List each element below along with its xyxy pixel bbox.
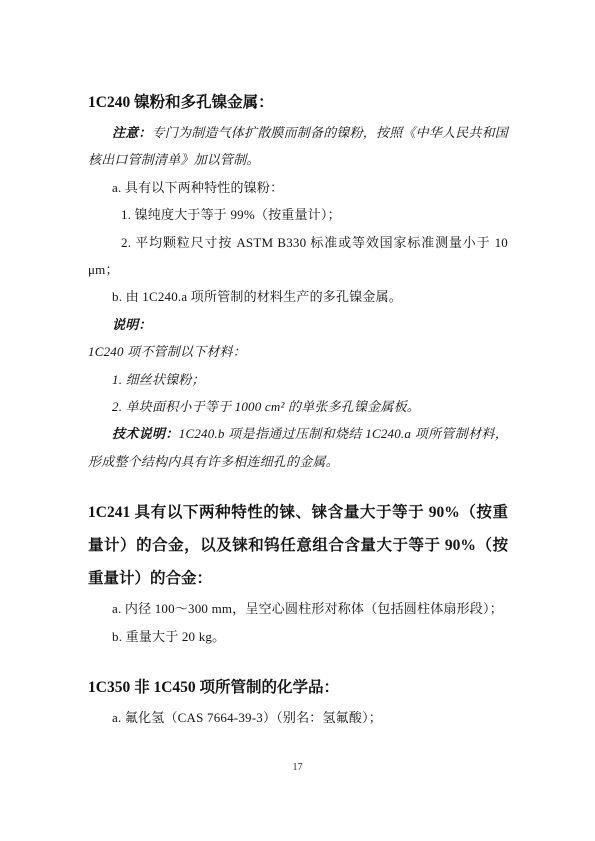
page-number: 17 [0, 762, 595, 773]
item-a1-1c240: 1. 镍纯度大于等于 99%（按重量计）； [88, 201, 508, 228]
item-a-1c350: a. 氟化氢（CAS 7664-39-3）（别名：氢氟酸）； [88, 704, 508, 731]
document-page: 1C240 镍粉和多孔镍金属： 注意：专门为制造气体扩散膜而制备的镍粉，按照《中… [0, 0, 595, 841]
explanation-label: 说明： [88, 311, 508, 338]
note-text: 专门为制造气体扩散膜而制备的镍粉，按照《中华人民共和国核出口管制清单》加以管制。 [88, 125, 508, 167]
explanation-item-1: 1. 细丝状镍粉； [88, 366, 508, 393]
section-heading-1c241: 1C241 具有以下两种特性的铼、铼含量大于等于 90%（按重量计）的合金，以及… [88, 496, 508, 595]
note-label: 注意： [112, 125, 152, 140]
section-heading-1c240: 1C240 镍粉和多孔镍金属： [88, 86, 508, 119]
page-content: 1C240 镍粉和多孔镍金属： 注意：专门为制造气体扩散膜而制备的镍粉，按照《中… [88, 86, 508, 732]
item-b-1c240: b. 由 1C240.a 项所管制的材料生产的多孔镍金属。 [88, 283, 508, 310]
explanation-item-2: 2. 单块面积小于等于 1000 cm² 的单张多孔镍金属板。 [88, 393, 508, 420]
item-a-1c240: a. 具有以下两种特性的镍粉： [88, 174, 508, 201]
technical-note-paragraph: 技术说明：1C240.b 项是指通过压制和烧结 1C240.a 项所管制材料，形… [88, 420, 508, 475]
item-a2-1c240: 2. 平均颗粒尺寸按 ASTM B330 标准或等效国家标准测量小于 10 μm… [88, 229, 508, 284]
explanation-intro: 1C240 项不管制以下材料： [88, 338, 508, 365]
item-a-1c241: a. 内径 100～300 mm，呈空心圆柱形对称体（包括圆柱体扇形段）； [88, 595, 508, 622]
item-b-1c241: b. 重量大于 20 kg。 [88, 623, 508, 650]
technical-note-label: 技术说明： [112, 426, 179, 441]
note-paragraph: 注意：专门为制造气体扩散膜而制备的镍粉，按照《中华人民共和国核出口管制清单》加以… [88, 119, 508, 174]
section-heading-1c350: 1C350 非 1C450 项所管制的化学品： [88, 671, 508, 704]
